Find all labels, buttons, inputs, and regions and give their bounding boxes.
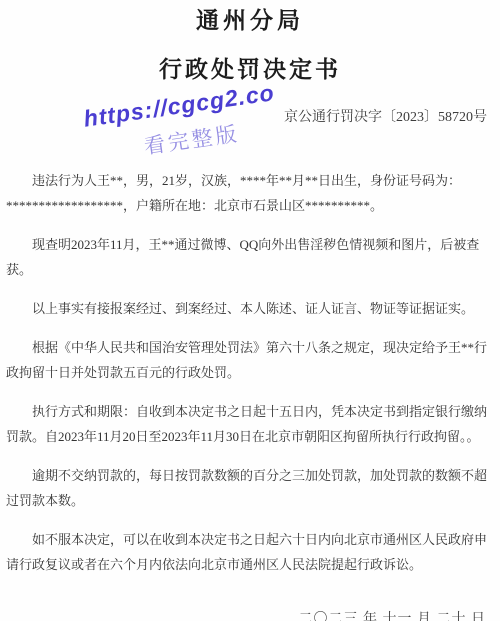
paragraph-evidence: 以上事实有接报案经过、到案经过、本人陈述、证人证言、物证等证据证实。 [6, 296, 490, 321]
paragraph-facts: 现查明2023年11月，王**通过微博、QQ向外出售淫秽色情视频和图片，后被查获… [6, 232, 490, 282]
document-date: 二〇二三 年 十一 月 二十 日 [0, 611, 500, 621]
paragraph-execution: 执行方式和期限：自收到本决定书之日起十五日内，凭本决定书到指定银行缴纳罚款。自2… [6, 399, 490, 449]
document-body: 违法行为人王**，男，21岁，汉族，****年**月**日出生，身份证号码为：*… [0, 168, 500, 577]
document-title: 通州分局 [0, 8, 500, 34]
paragraph-offender-info: 违法行为人王**，男，21岁，汉族，****年**月**日出生，身份证号码为：*… [6, 168, 490, 218]
document-subtitle: 行政处罚决定书 [0, 57, 500, 83]
paragraph-late-penalty: 逾期不交纳罚款的，每日按罚款数额的百分之三加处罚款，加处罚款的数额不超过罚款本数… [6, 463, 490, 513]
document-number: 京公通行罚决字〔2023〕58720号 [0, 110, 500, 126]
paragraph-legal-basis: 根据《中华人民共和国治安管理处罚法》第六十八条之规定，现决定给予王**行政拘留十… [6, 335, 490, 385]
paragraph-appeal: 如不服本决定，可以在收到本决定书之日起六十日内向北京市通州区人民政府申请行政复议… [6, 527, 490, 577]
penalty-decision-document: 通州分局 行政处罚决定书 京公通行罚决字〔2023〕58720号 违法行为人王*… [0, 0, 500, 621]
